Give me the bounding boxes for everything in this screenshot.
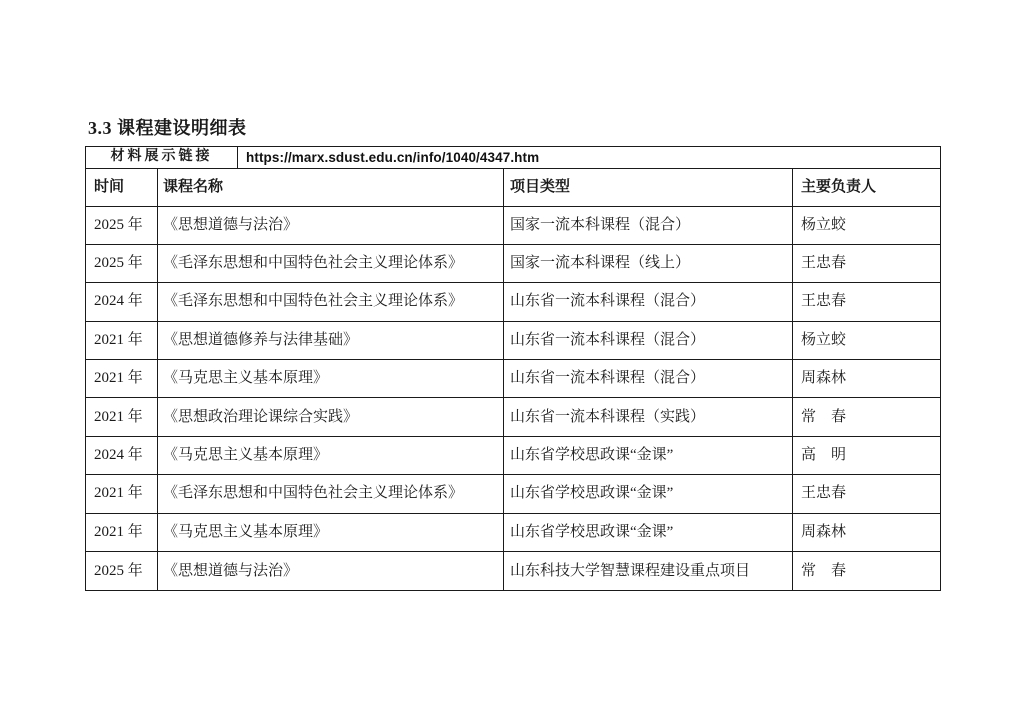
cell-leader: 杨立蛟 xyxy=(793,322,940,359)
cell-leader: 王忠春 xyxy=(793,283,940,320)
header-course: 课程名称 xyxy=(158,169,504,206)
cell-leader: 高 明 xyxy=(793,437,940,474)
cell-course: 《思想政治理论课综合实践》 xyxy=(158,398,504,435)
cell-type: 山东科技大学智慧课程建设重点项目 xyxy=(504,552,793,590)
cell-course: 《思想道德与法治》 xyxy=(158,207,504,244)
cell-course: 《毛泽东思想和中国特色社会主义理论体系》 xyxy=(158,475,504,512)
header-leader: 主要负责人 xyxy=(793,169,940,206)
cell-type: 山东省学校思政课“金课” xyxy=(504,475,793,512)
table-row: 2025 年 《毛泽东思想和中国特色社会主义理论体系》 国家一流本科课程（线上）… xyxy=(86,245,940,283)
table-row: 2021 年 《思想政治理论课综合实践》 山东省一流本科课程（实践） 常 春 xyxy=(86,398,940,436)
cell-time: 2021 年 xyxy=(86,475,158,512)
table-row: 2024 年 《毛泽东思想和中国特色社会主义理论体系》 山东省一流本科课程（混合… xyxy=(86,283,940,321)
table-row: 2021 年 《马克思主义基本原理》 山东省一流本科课程（混合） 周森林 xyxy=(86,360,940,398)
cell-type: 国家一流本科课程（线上） xyxy=(504,245,793,282)
cell-time: 2025 年 xyxy=(86,207,158,244)
cell-type: 山东省一流本科课程（混合） xyxy=(504,322,793,359)
table-row: 2021 年 《马克思主义基本原理》 山东省学校思政课“金课” 周森林 xyxy=(86,514,940,552)
cell-course: 《马克思主义基本原理》 xyxy=(158,360,504,397)
cell-type: 山东省一流本科课程（实践） xyxy=(504,398,793,435)
cell-type: 山东省一流本科课程（混合） xyxy=(504,360,793,397)
cell-leader: 常 春 xyxy=(793,398,940,435)
cell-course: 《毛泽东思想和中国特色社会主义理论体系》 xyxy=(158,283,504,320)
cell-time: 2024 年 xyxy=(86,283,158,320)
cell-time: 2021 年 xyxy=(86,322,158,359)
cell-type: 山东省学校思政课“金课” xyxy=(504,514,793,551)
cell-time: 2024 年 xyxy=(86,437,158,474)
header-type: 项目类型 xyxy=(504,169,793,206)
cell-course: 《毛泽东思想和中国特色社会主义理论体系》 xyxy=(158,245,504,282)
table-row: 2025 年 《思想道德与法治》 山东科技大学智慧课程建设重点项目 常 春 xyxy=(86,552,940,590)
material-link-row: 材料展示链接 https://marx.sdust.edu.cn/info/10… xyxy=(86,147,940,169)
cell-type: 山东省学校思政课“金课” xyxy=(504,437,793,474)
material-link-label: 材料展示链接 xyxy=(86,147,238,168)
course-construction-table: 材料展示链接 https://marx.sdust.edu.cn/info/10… xyxy=(85,146,941,591)
cell-time: 2021 年 xyxy=(86,398,158,435)
cell-leader: 常 春 xyxy=(793,552,940,590)
cell-leader: 周森林 xyxy=(793,360,940,397)
cell-type: 山东省一流本科课程（混合） xyxy=(504,283,793,320)
cell-time: 2025 年 xyxy=(86,245,158,282)
table-row: 2021 年 《毛泽东思想和中国特色社会主义理论体系》 山东省学校思政课“金课”… xyxy=(86,475,940,513)
cell-leader: 王忠春 xyxy=(793,245,940,282)
table-row: 2025 年 《思想道德与法治》 国家一流本科课程（混合） 杨立蛟 xyxy=(86,207,940,245)
cell-leader: 周森林 xyxy=(793,514,940,551)
table-row: 2021 年 《思想道德修养与法律基础》 山东省一流本科课程（混合） 杨立蛟 xyxy=(86,322,940,360)
cell-time: 2025 年 xyxy=(86,552,158,590)
cell-leader: 王忠春 xyxy=(793,475,940,512)
cell-course: 《马克思主义基本原理》 xyxy=(158,437,504,474)
section-title: 3.3 课程建设明细表 xyxy=(88,114,247,140)
table-row: 2024 年 《马克思主义基本原理》 山东省学校思政课“金课” 高 明 xyxy=(86,437,940,475)
cell-course: 《马克思主义基本原理》 xyxy=(158,514,504,551)
cell-type: 国家一流本科课程（混合） xyxy=(504,207,793,244)
document-page: 3.3 课程建设明细表 材料展示链接 https://marx.sdust.ed… xyxy=(0,0,1024,724)
header-time: 时间 xyxy=(86,169,158,206)
cell-time: 2021 年 xyxy=(86,514,158,551)
cell-leader: 杨立蛟 xyxy=(793,207,940,244)
cell-time: 2021 年 xyxy=(86,360,158,397)
cell-course: 《思想道德与法治》 xyxy=(158,552,504,590)
cell-course: 《思想道德修养与法律基础》 xyxy=(158,322,504,359)
material-link-url[interactable]: https://marx.sdust.edu.cn/info/1040/4347… xyxy=(238,147,940,168)
table-header-row: 时间 课程名称 项目类型 主要负责人 xyxy=(86,169,940,207)
